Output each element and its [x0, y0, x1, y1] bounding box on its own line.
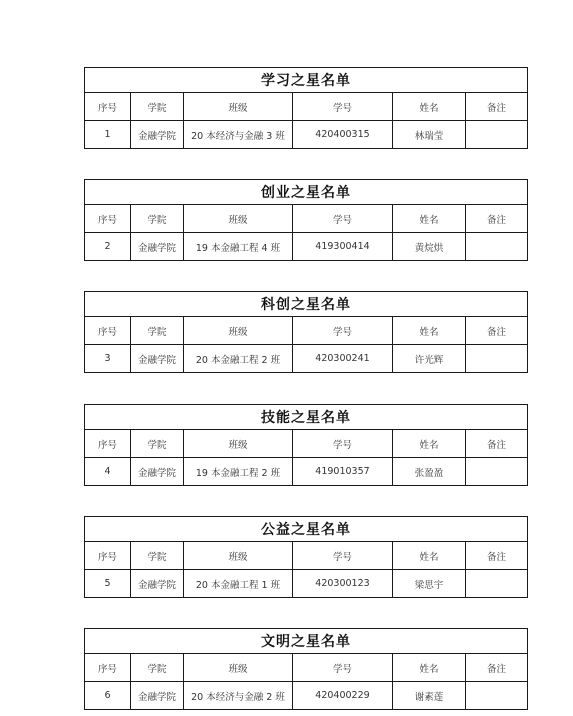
cell-college: 金融学院 [131, 345, 184, 373]
header-student-id: 学号 [293, 93, 393, 121]
cell-college: 金融学院 [131, 458, 184, 486]
header-no: 序号 [85, 542, 131, 570]
header-college: 学院 [131, 654, 184, 682]
cell-name: 谢素莲 [393, 682, 466, 710]
header-no: 序号 [85, 430, 131, 458]
cell-no: 2 [85, 233, 131, 261]
header-name: 姓名 [393, 430, 466, 458]
cell-no: 5 [85, 570, 131, 598]
header-row: 序号 学院 班级 学号 姓名 备注 [85, 317, 528, 345]
table-row: 5 金融学院 20 本金融工程 1 班 420300123 梁思宇 [85, 570, 528, 598]
header-class: 班级 [184, 654, 293, 682]
award-table: 学习之星名单 序号 学院 班级 学号 姓名 备注 1 金融学院 20 本经济与金… [84, 67, 528, 149]
table-title: 创业之星名单 [85, 180, 528, 205]
cell-student-id: 420300241 [293, 345, 393, 373]
header-class: 班级 [184, 430, 293, 458]
header-row: 序号 学院 班级 学号 姓名 备注 [85, 93, 528, 121]
cell-student-id: 420300123 [293, 570, 393, 598]
cell-name: 林瑞莹 [393, 121, 466, 149]
table-row: 6 金融学院 20 本经济与金融 2 班 420400229 谢素莲 [85, 682, 528, 710]
cell-student-id: 420400229 [293, 682, 393, 710]
cell-student-id: 419300414 [293, 233, 393, 261]
cell-no: 3 [85, 345, 131, 373]
table-row: 3 金融学院 20 本金融工程 2 班 420300241 许光辉 [85, 345, 528, 373]
header-college: 学院 [131, 430, 184, 458]
cell-name: 许光辉 [393, 345, 466, 373]
award-table: 科创之星名单 序号 学院 班级 学号 姓名 备注 3 金融学院 20 本金融工程… [84, 291, 528, 373]
header-no: 序号 [85, 205, 131, 233]
cell-no: 4 [85, 458, 131, 486]
header-college: 学院 [131, 205, 184, 233]
award-table: 文明之星名单 序号 学院 班级 学号 姓名 备注 6 金融学院 20 本经济与金… [84, 628, 528, 710]
table-row: 4 金融学院 19 本金融工程 2 班 419010357 张盈盈 [85, 458, 528, 486]
award-table: 技能之星名单 序号 学院 班级 学号 姓名 备注 4 金融学院 19 本金融工程… [84, 404, 528, 486]
cell-remark [466, 345, 528, 373]
header-college: 学院 [131, 93, 184, 121]
cell-class: 19 本金融工程 2 班 [184, 458, 293, 486]
header-class: 班级 [184, 205, 293, 233]
header-student-id: 学号 [293, 205, 393, 233]
header-student-id: 学号 [293, 654, 393, 682]
table-title: 文明之星名单 [85, 629, 528, 654]
table-title: 学习之星名单 [85, 68, 528, 93]
cell-no: 6 [85, 682, 131, 710]
header-no: 序号 [85, 317, 131, 345]
header-no: 序号 [85, 654, 131, 682]
cell-name: 黄烷烘 [393, 233, 466, 261]
header-student-id: 学号 [293, 317, 393, 345]
header-remark: 备注 [466, 317, 528, 345]
table-row: 1 金融学院 20 本经济与金融 3 班 420400315 林瑞莹 [85, 121, 528, 149]
cell-class: 19 本金融工程 4 班 [184, 233, 293, 261]
header-class: 班级 [184, 93, 293, 121]
cell-class: 20 本金融工程 1 班 [184, 570, 293, 598]
header-name: 姓名 [393, 93, 466, 121]
cell-student-id: 420400315 [293, 121, 393, 149]
cell-college: 金融学院 [131, 682, 184, 710]
header-name: 姓名 [393, 542, 466, 570]
header-class: 班级 [184, 317, 293, 345]
table-title: 科创之星名单 [85, 292, 528, 317]
header-row: 序号 学院 班级 学号 姓名 备注 [85, 430, 528, 458]
cell-class: 20 本金融工程 2 班 [184, 345, 293, 373]
header-class: 班级 [184, 542, 293, 570]
header-remark: 备注 [466, 205, 528, 233]
header-remark: 备注 [466, 93, 528, 121]
header-college: 学院 [131, 317, 184, 345]
cell-remark [466, 121, 528, 149]
header-remark: 备注 [466, 654, 528, 682]
cell-name: 梁思宇 [393, 570, 466, 598]
header-student-id: 学号 [293, 542, 393, 570]
cell-remark [466, 570, 528, 598]
cell-remark [466, 458, 528, 486]
cell-college: 金融学院 [131, 233, 184, 261]
header-remark: 备注 [466, 542, 528, 570]
cell-class: 20 本经济与金融 2 班 [184, 682, 293, 710]
cell-name: 张盈盈 [393, 458, 466, 486]
cell-class: 20 本经济与金融 3 班 [184, 121, 293, 149]
header-college: 学院 [131, 542, 184, 570]
header-row: 序号 学院 班级 学号 姓名 备注 [85, 205, 528, 233]
header-no: 序号 [85, 93, 131, 121]
header-row: 序号 学院 班级 学号 姓名 备注 [85, 654, 528, 682]
header-name: 姓名 [393, 317, 466, 345]
cell-remark [466, 233, 528, 261]
table-row: 2 金融学院 19 本金融工程 4 班 419300414 黄烷烘 [85, 233, 528, 261]
cell-remark [466, 682, 528, 710]
award-table: 创业之星名单 序号 学院 班级 学号 姓名 备注 2 金融学院 19 本金融工程… [84, 179, 528, 261]
table-title: 公益之星名单 [85, 517, 528, 542]
header-remark: 备注 [466, 430, 528, 458]
header-row: 序号 学院 班级 学号 姓名 备注 [85, 542, 528, 570]
cell-student-id: 419010357 [293, 458, 393, 486]
cell-college: 金融学院 [131, 121, 184, 149]
header-student-id: 学号 [293, 430, 393, 458]
header-name: 姓名 [393, 654, 466, 682]
table-title: 技能之星名单 [85, 405, 528, 430]
cell-no: 1 [85, 121, 131, 149]
cell-college: 金融学院 [131, 570, 184, 598]
header-name: 姓名 [393, 205, 466, 233]
award-table: 公益之星名单 序号 学院 班级 学号 姓名 备注 5 金融学院 20 本金融工程… [84, 516, 528, 598]
